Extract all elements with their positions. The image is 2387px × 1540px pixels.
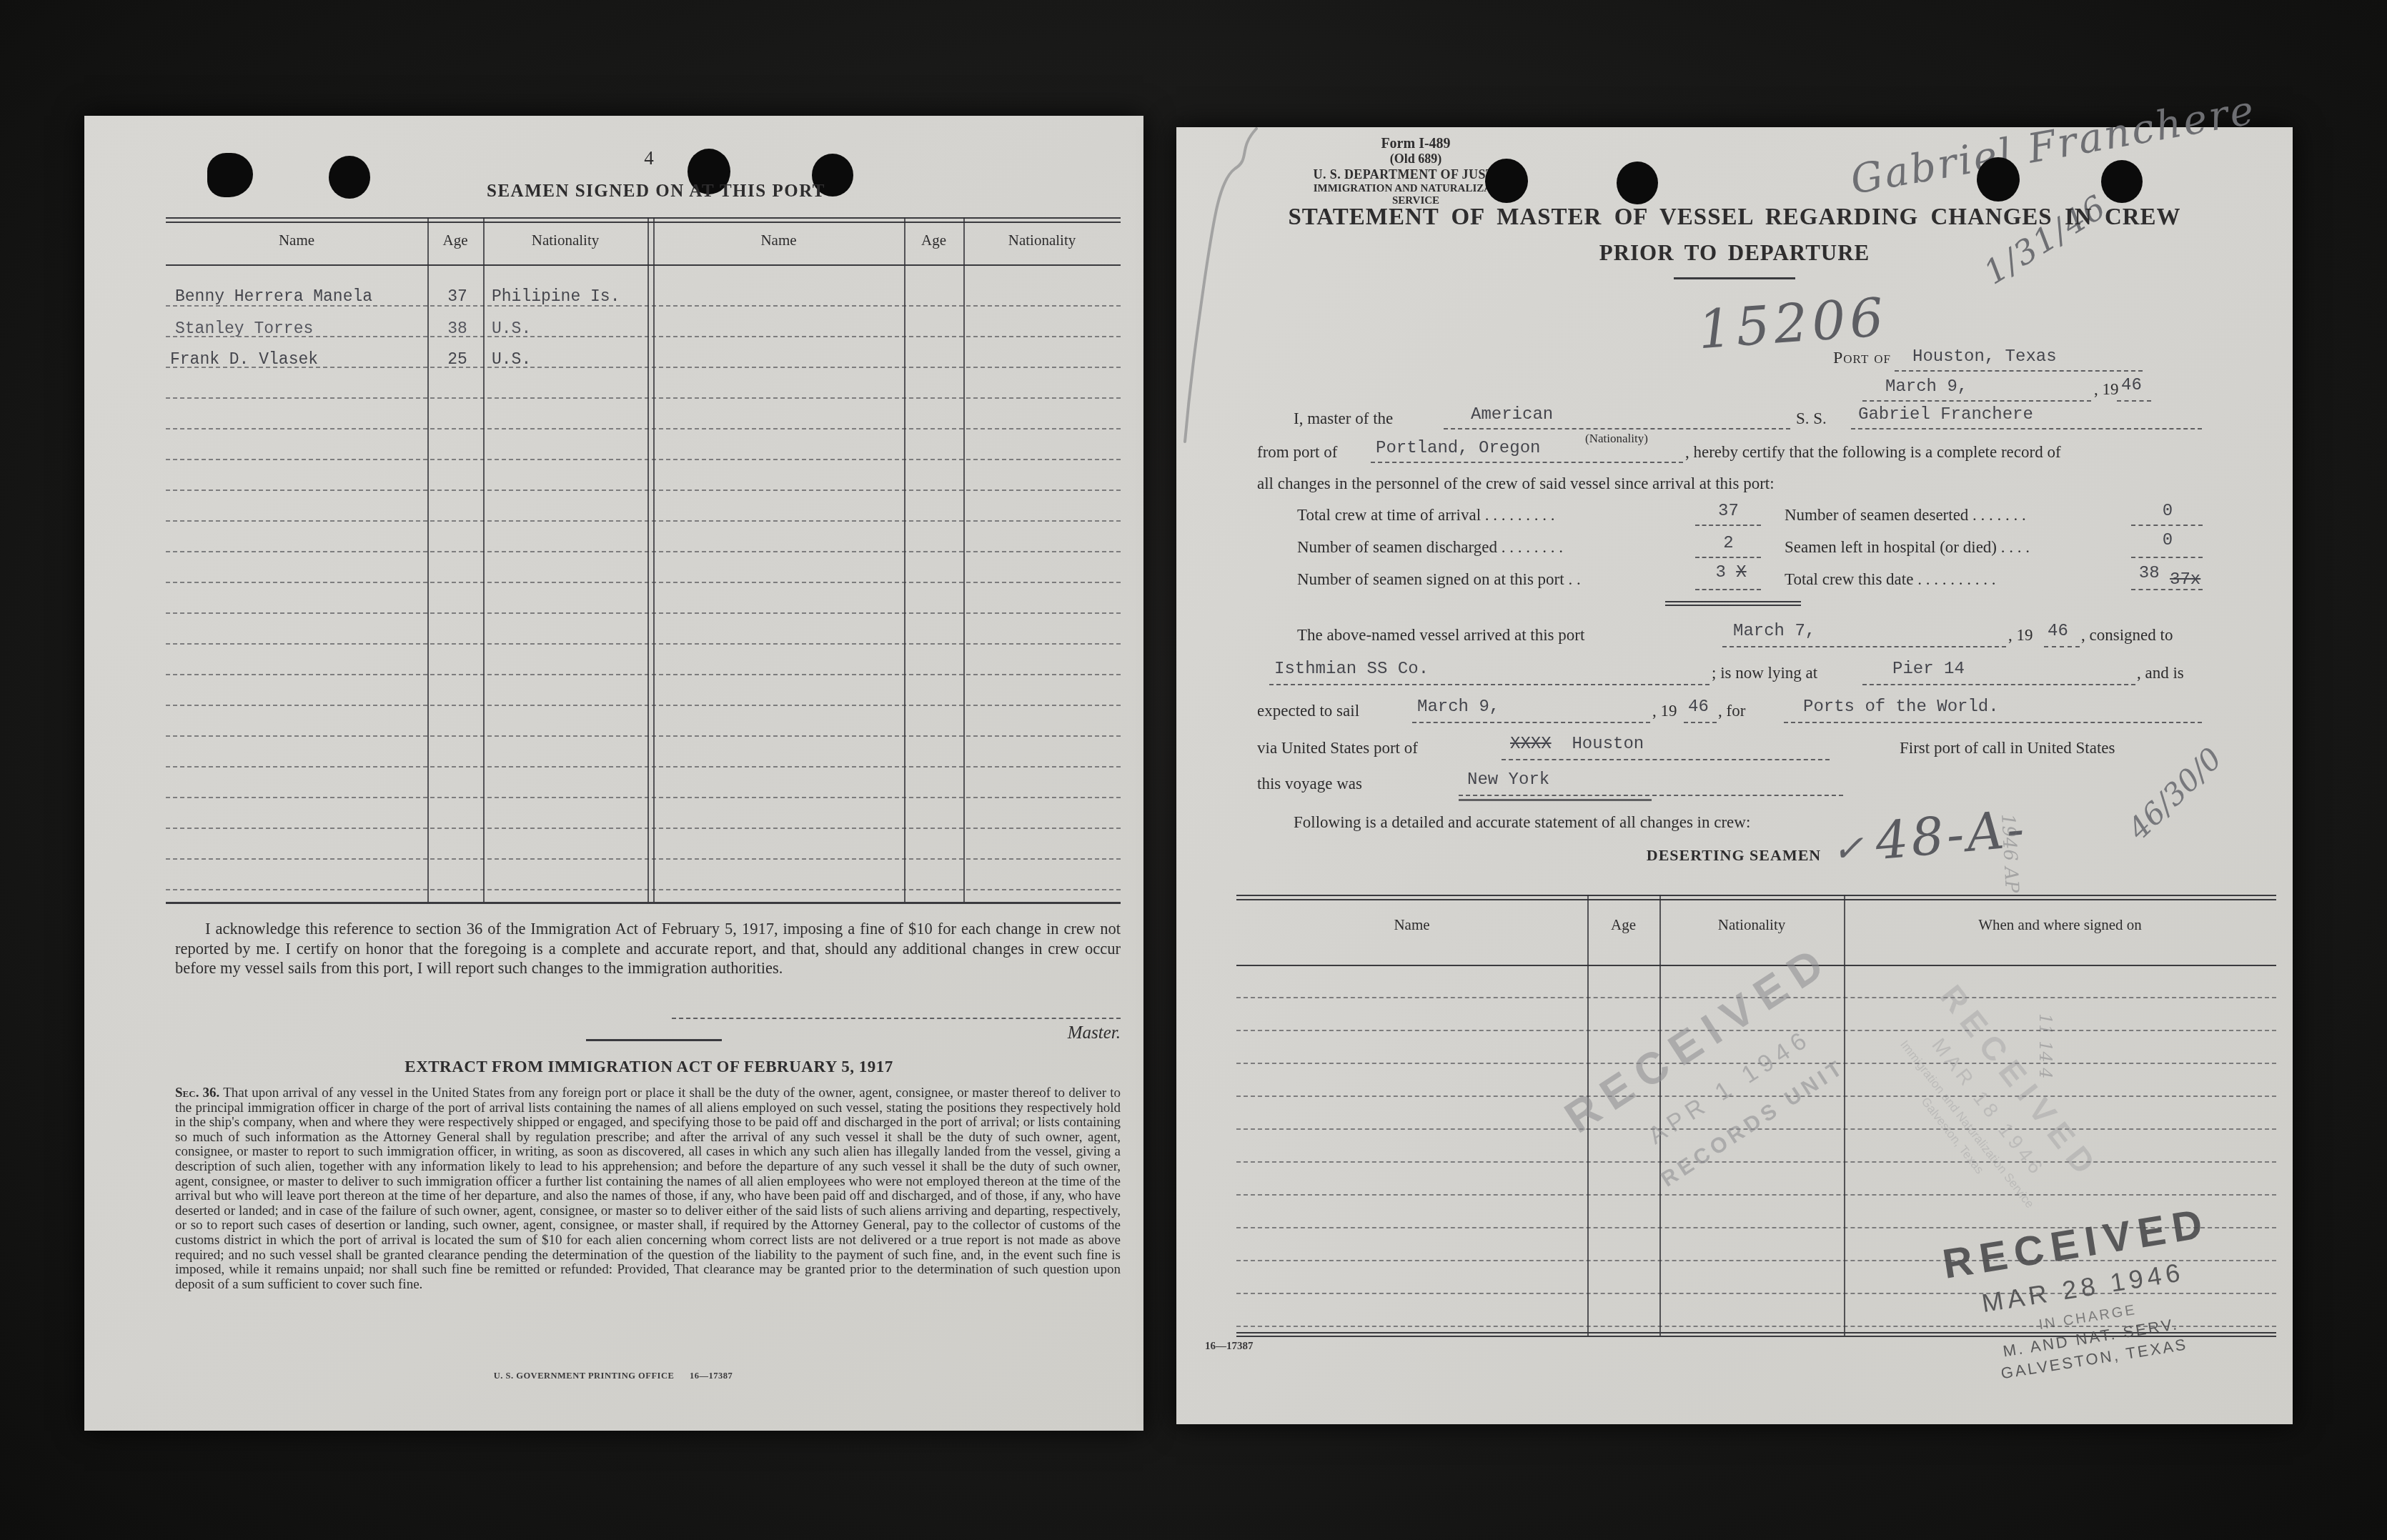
gpo-footer: U. S. GOVERNMENT PRINTING OFFICE 16—1738… (299, 1371, 928, 1381)
section-divider (586, 1039, 722, 1041)
table-row-line (166, 705, 1121, 706)
extract-heading: EXTRACT FROM IMMIGRATION ACT OF FEBRUARY… (263, 1058, 1035, 1076)
table-row-lines (166, 116, 1121, 902)
punch-hole (1977, 157, 2020, 202)
table-row-line (166, 490, 1121, 491)
table-row-nationality: Philipine Is. (492, 287, 620, 306)
left-page: 4 SEAMEN SIGNED ON AT THIS PORT Name Age… (84, 116, 1143, 1431)
acknowledgment-paragraph: I acknowledge this reference to section … (175, 919, 1121, 978)
punch-hole (1617, 162, 1658, 204)
table-row-age: 38 (437, 319, 477, 338)
sec36-lead: Sec. 36. (175, 1086, 219, 1101)
table-row-line (166, 428, 1121, 429)
table-row-line (166, 674, 1121, 675)
table-row-line (166, 551, 1121, 552)
table-row-nationality: U.S. (492, 350, 531, 369)
table-row-line (1236, 1161, 2276, 1163)
sec36-paragraph: Sec. 36. That upon arrival of any vessel… (175, 1086, 1121, 1292)
master-label: Master. (906, 1023, 1121, 1043)
acknowledgment-text: I acknowledge this reference to section … (175, 920, 1121, 977)
master-signature-line (672, 1018, 1121, 1019)
sec36-text: That upon arrival of any vessel in the U… (175, 1086, 1121, 1292)
table-bottom-rule (166, 902, 1121, 904)
punch-hole (1485, 159, 1528, 203)
form-footer-number: 16—17387 (1205, 1341, 1254, 1353)
table-row-line (166, 520, 1121, 522)
table-row-name: Stanley Torres (175, 319, 313, 338)
punch-hole (2101, 160, 2143, 203)
table-row-line (166, 459, 1121, 460)
table-row-nationality: U.S. (492, 319, 531, 338)
gpo-footer-number: 16—17387 (690, 1371, 733, 1381)
table-row-line (166, 858, 1121, 860)
right-page: Form I-489 (Old 689) U. S. DEPARTMENT OF… (1176, 127, 2293, 1424)
table-row-name: Benny Herrera Manela (175, 287, 372, 306)
table-row-line (166, 735, 1121, 737)
table-row-name: Frank D. Vlasek (170, 350, 318, 369)
table-row-line (166, 766, 1121, 767)
table-row-lines (1236, 127, 2276, 1342)
table-row-age: 25 (437, 350, 477, 369)
table-row-line (166, 397, 1121, 399)
table-row-line (166, 612, 1121, 614)
table-row-line (166, 797, 1121, 798)
table-row-line (166, 828, 1121, 829)
table-row-line (166, 889, 1121, 890)
gpo-footer-text: U. S. GOVERNMENT PRINTING OFFICE (494, 1371, 675, 1381)
scanned-document-background: 4 SEAMEN SIGNED ON AT THIS PORT Name Age… (0, 0, 2387, 1540)
table-row-line (166, 643, 1121, 645)
table-row-age: 37 (437, 287, 477, 306)
table-row-line (166, 582, 1121, 583)
